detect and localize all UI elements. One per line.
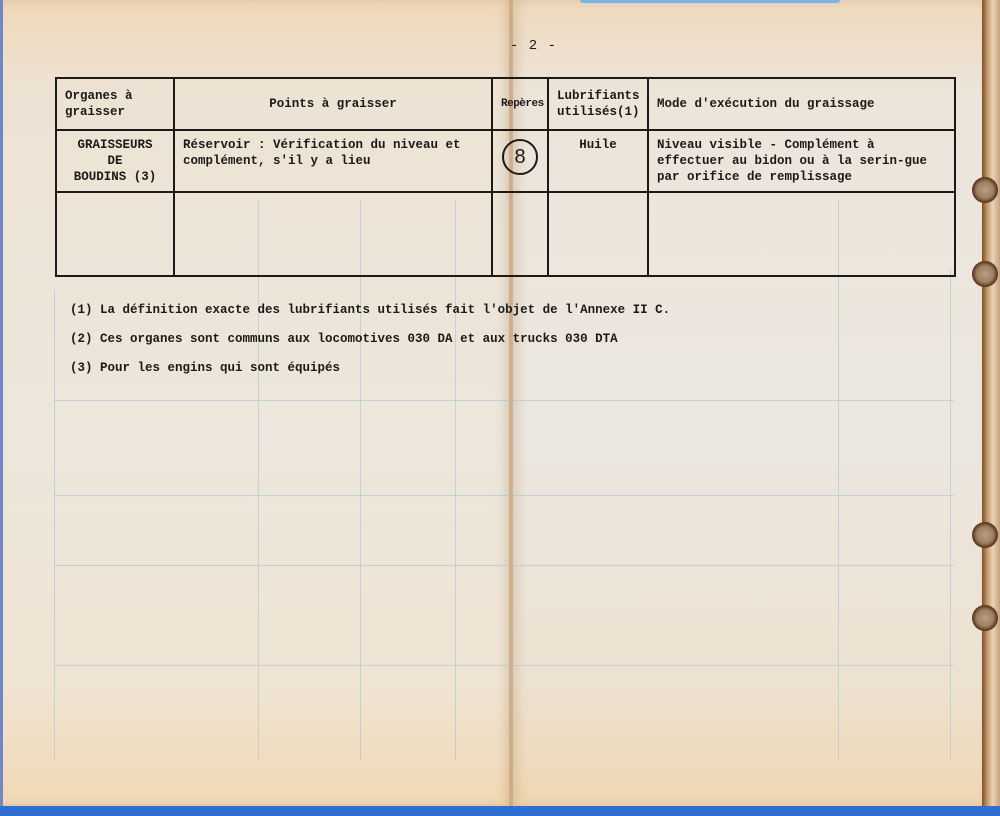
footnote-3: (3) Pour les engins qui sont équipés (70, 360, 670, 376)
greasing-table: Organes à graisser Points à graisser Rep… (55, 77, 956, 277)
empty-cell (492, 192, 548, 276)
background-strip-bottom (0, 806, 1000, 816)
organe-line: GRAISSEURS (65, 137, 165, 153)
table-row-empty (56, 192, 955, 276)
background-strip-left (0, 0, 3, 816)
header-lubrifiants: Lubrifiants utilisés(1) (548, 78, 648, 130)
header-mode: Mode d'exécution du graissage (648, 78, 955, 130)
binder-hole (972, 522, 998, 548)
organe-line: DE (65, 153, 165, 169)
table-header-row: Organes à graisser Points à graisser Rep… (56, 78, 955, 130)
show-through-line (54, 400, 954, 401)
show-through-line (54, 290, 55, 760)
repere-circle-icon: 8 (502, 139, 538, 175)
cell-repere: 8 (492, 130, 548, 192)
show-through-line (54, 665, 954, 666)
show-through-line (838, 200, 839, 760)
footnote-2: (2) Ces organes sont communs aux locomot… (70, 331, 670, 347)
show-through-line (455, 200, 456, 760)
empty-cell (648, 192, 955, 276)
show-through-line (360, 200, 361, 760)
empty-cell (174, 192, 492, 276)
binder-hole (972, 261, 998, 287)
header-reperes: Repères (492, 78, 548, 130)
show-through-line (950, 270, 951, 760)
background-strip-top (580, 0, 840, 3)
empty-cell (56, 192, 174, 276)
show-through-line (258, 200, 259, 760)
cell-organe: GRAISSEURS DE BOUDINS (3) (56, 130, 174, 192)
header-points: Points à graisser (174, 78, 492, 130)
organe-line: BOUDINS (3) (65, 169, 165, 185)
show-through-line (54, 495, 954, 496)
cell-points: Réservoir : Vérification du niveau et co… (174, 130, 492, 192)
footnotes: (1) La définition exacte des lubrifiants… (70, 302, 670, 389)
binder-hole (972, 605, 998, 631)
table-row: GRAISSEURS DE BOUDINS (3) Réservoir : Vé… (56, 130, 955, 192)
cell-lubrifiant: Huile (548, 130, 648, 192)
page-edge (982, 0, 1000, 816)
binder-hole (972, 177, 998, 203)
footnote-1: (1) La définition exacte des lubrifiants… (70, 302, 670, 318)
page-number: - 2 - (510, 38, 557, 54)
cell-mode: Niveau visible - Complément à effectuer … (648, 130, 955, 192)
empty-cell (548, 192, 648, 276)
show-through-line (54, 565, 954, 566)
header-organes: Organes à graisser (56, 78, 174, 130)
